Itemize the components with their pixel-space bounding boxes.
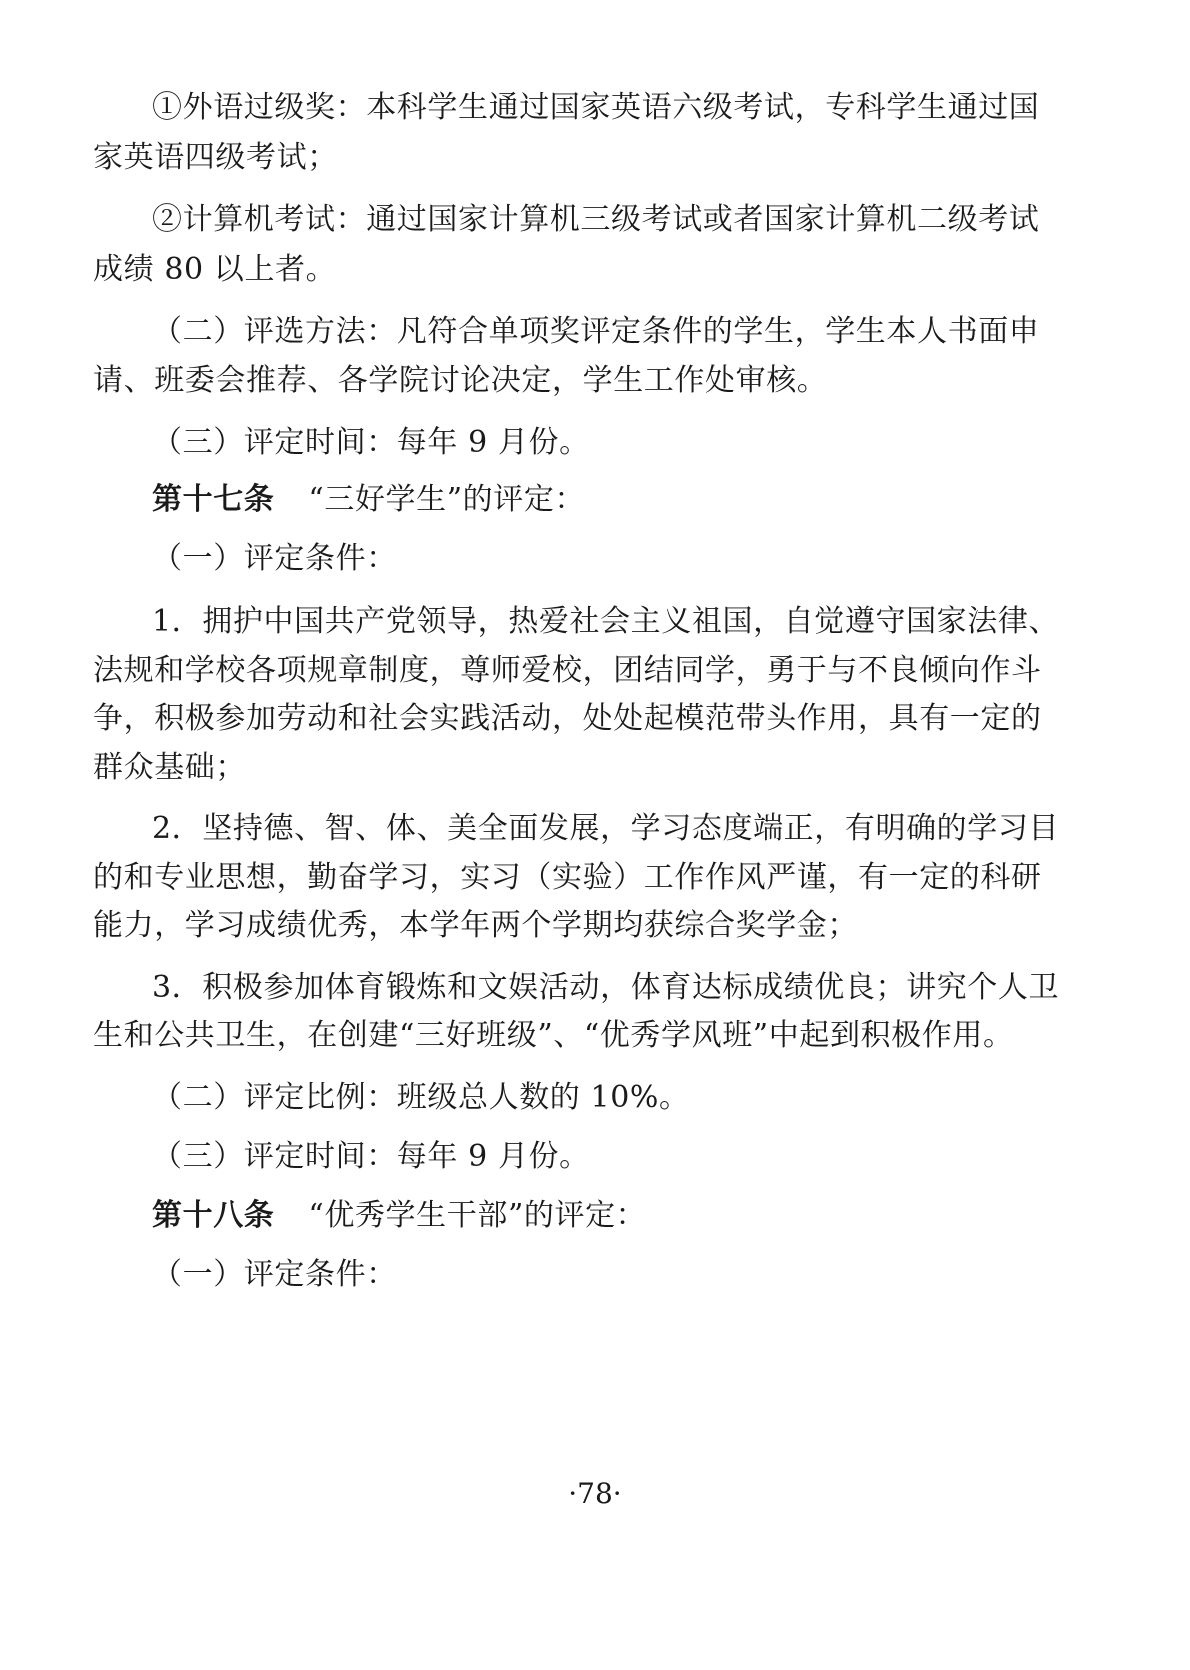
article-number: 第十八条	[152, 1198, 274, 1233]
paragraph-line: 2．坚持德、智、体、美全面发展，学习态度端正，有明确的学习目	[152, 809, 1038, 849]
paragraph-line: （二）评定比例：班级总人数的 10%。	[152, 1078, 1038, 1118]
page-number: ·78·	[0, 1476, 1190, 1512]
paragraph-line: ②计算机考试：通过国家计算机三级考试或者国家计算机二级考试	[152, 200, 1038, 240]
article-number: 第十七条	[152, 482, 274, 517]
paragraph-line: 生和公共卫生，在创建“三好班级”、“优秀学风班”中起到积极作用。	[93, 1016, 1038, 1056]
paragraph-line: 群众基础；	[93, 748, 1038, 788]
paragraph-line: ①外语过级奖：本科学生通过国家英语六级考试，专科学生通过国	[152, 88, 1038, 128]
paragraph-line: 家英语四级考试；	[93, 138, 1038, 178]
paragraph-line: 的和专业思想，勤奋学习，实习（实验）工作作风严谨，有一定的科研	[93, 858, 1038, 898]
document-page: ①外语过级奖：本科学生通过国家英语六级考试，专科学生通过国 家英语四级考试； ②…	[0, 0, 1190, 1670]
paragraph-line: 请、班委会推荐、各学院讨论决定，学生工作处审核。	[93, 361, 1038, 401]
paragraph-line: （一）评定条件：	[152, 539, 1038, 579]
paragraph-line: 争，积极参加劳动和社会实践活动，处处起模范带头作用，具有一定的	[93, 699, 1038, 739]
paragraph-line: 法规和学校各项规章制度，尊师爱校，团结同学，勇于与不良倾向作斗	[93, 651, 1038, 691]
paragraph-line: （三）评定时间：每年 9 月份。	[152, 1137, 1038, 1177]
article-heading-18: 第十八条“优秀学生干部”的评定：	[152, 1196, 1038, 1236]
article-heading-17: 第十七条“三好学生”的评定：	[152, 480, 1038, 520]
paragraph-line: 1．拥护中国共产党领导，热爱社会主义祖国，自觉遵守国家法律、	[152, 602, 1038, 642]
paragraph-line: 3．积极参加体育锻炼和文娱活动，体育达标成绩优良；讲究个人卫	[152, 968, 1038, 1008]
paragraph-line: （三）评定时间：每年 9 月份。	[152, 423, 1038, 463]
article-title: “三好学生”的评定：	[308, 480, 585, 520]
paragraph-line: 成绩 80 以上者。	[93, 250, 1038, 290]
paragraph-line: （一）评定条件：	[152, 1255, 1038, 1295]
paragraph-line: 能力，学习成绩优秀，本学年两个学期均获综合奖学金；	[93, 906, 1038, 946]
article-title: “优秀学生干部”的评定：	[308, 1196, 646, 1236]
paragraph-line: （二）评选方法：凡符合单项奖评定条件的学生，学生本人书面申	[152, 312, 1038, 352]
